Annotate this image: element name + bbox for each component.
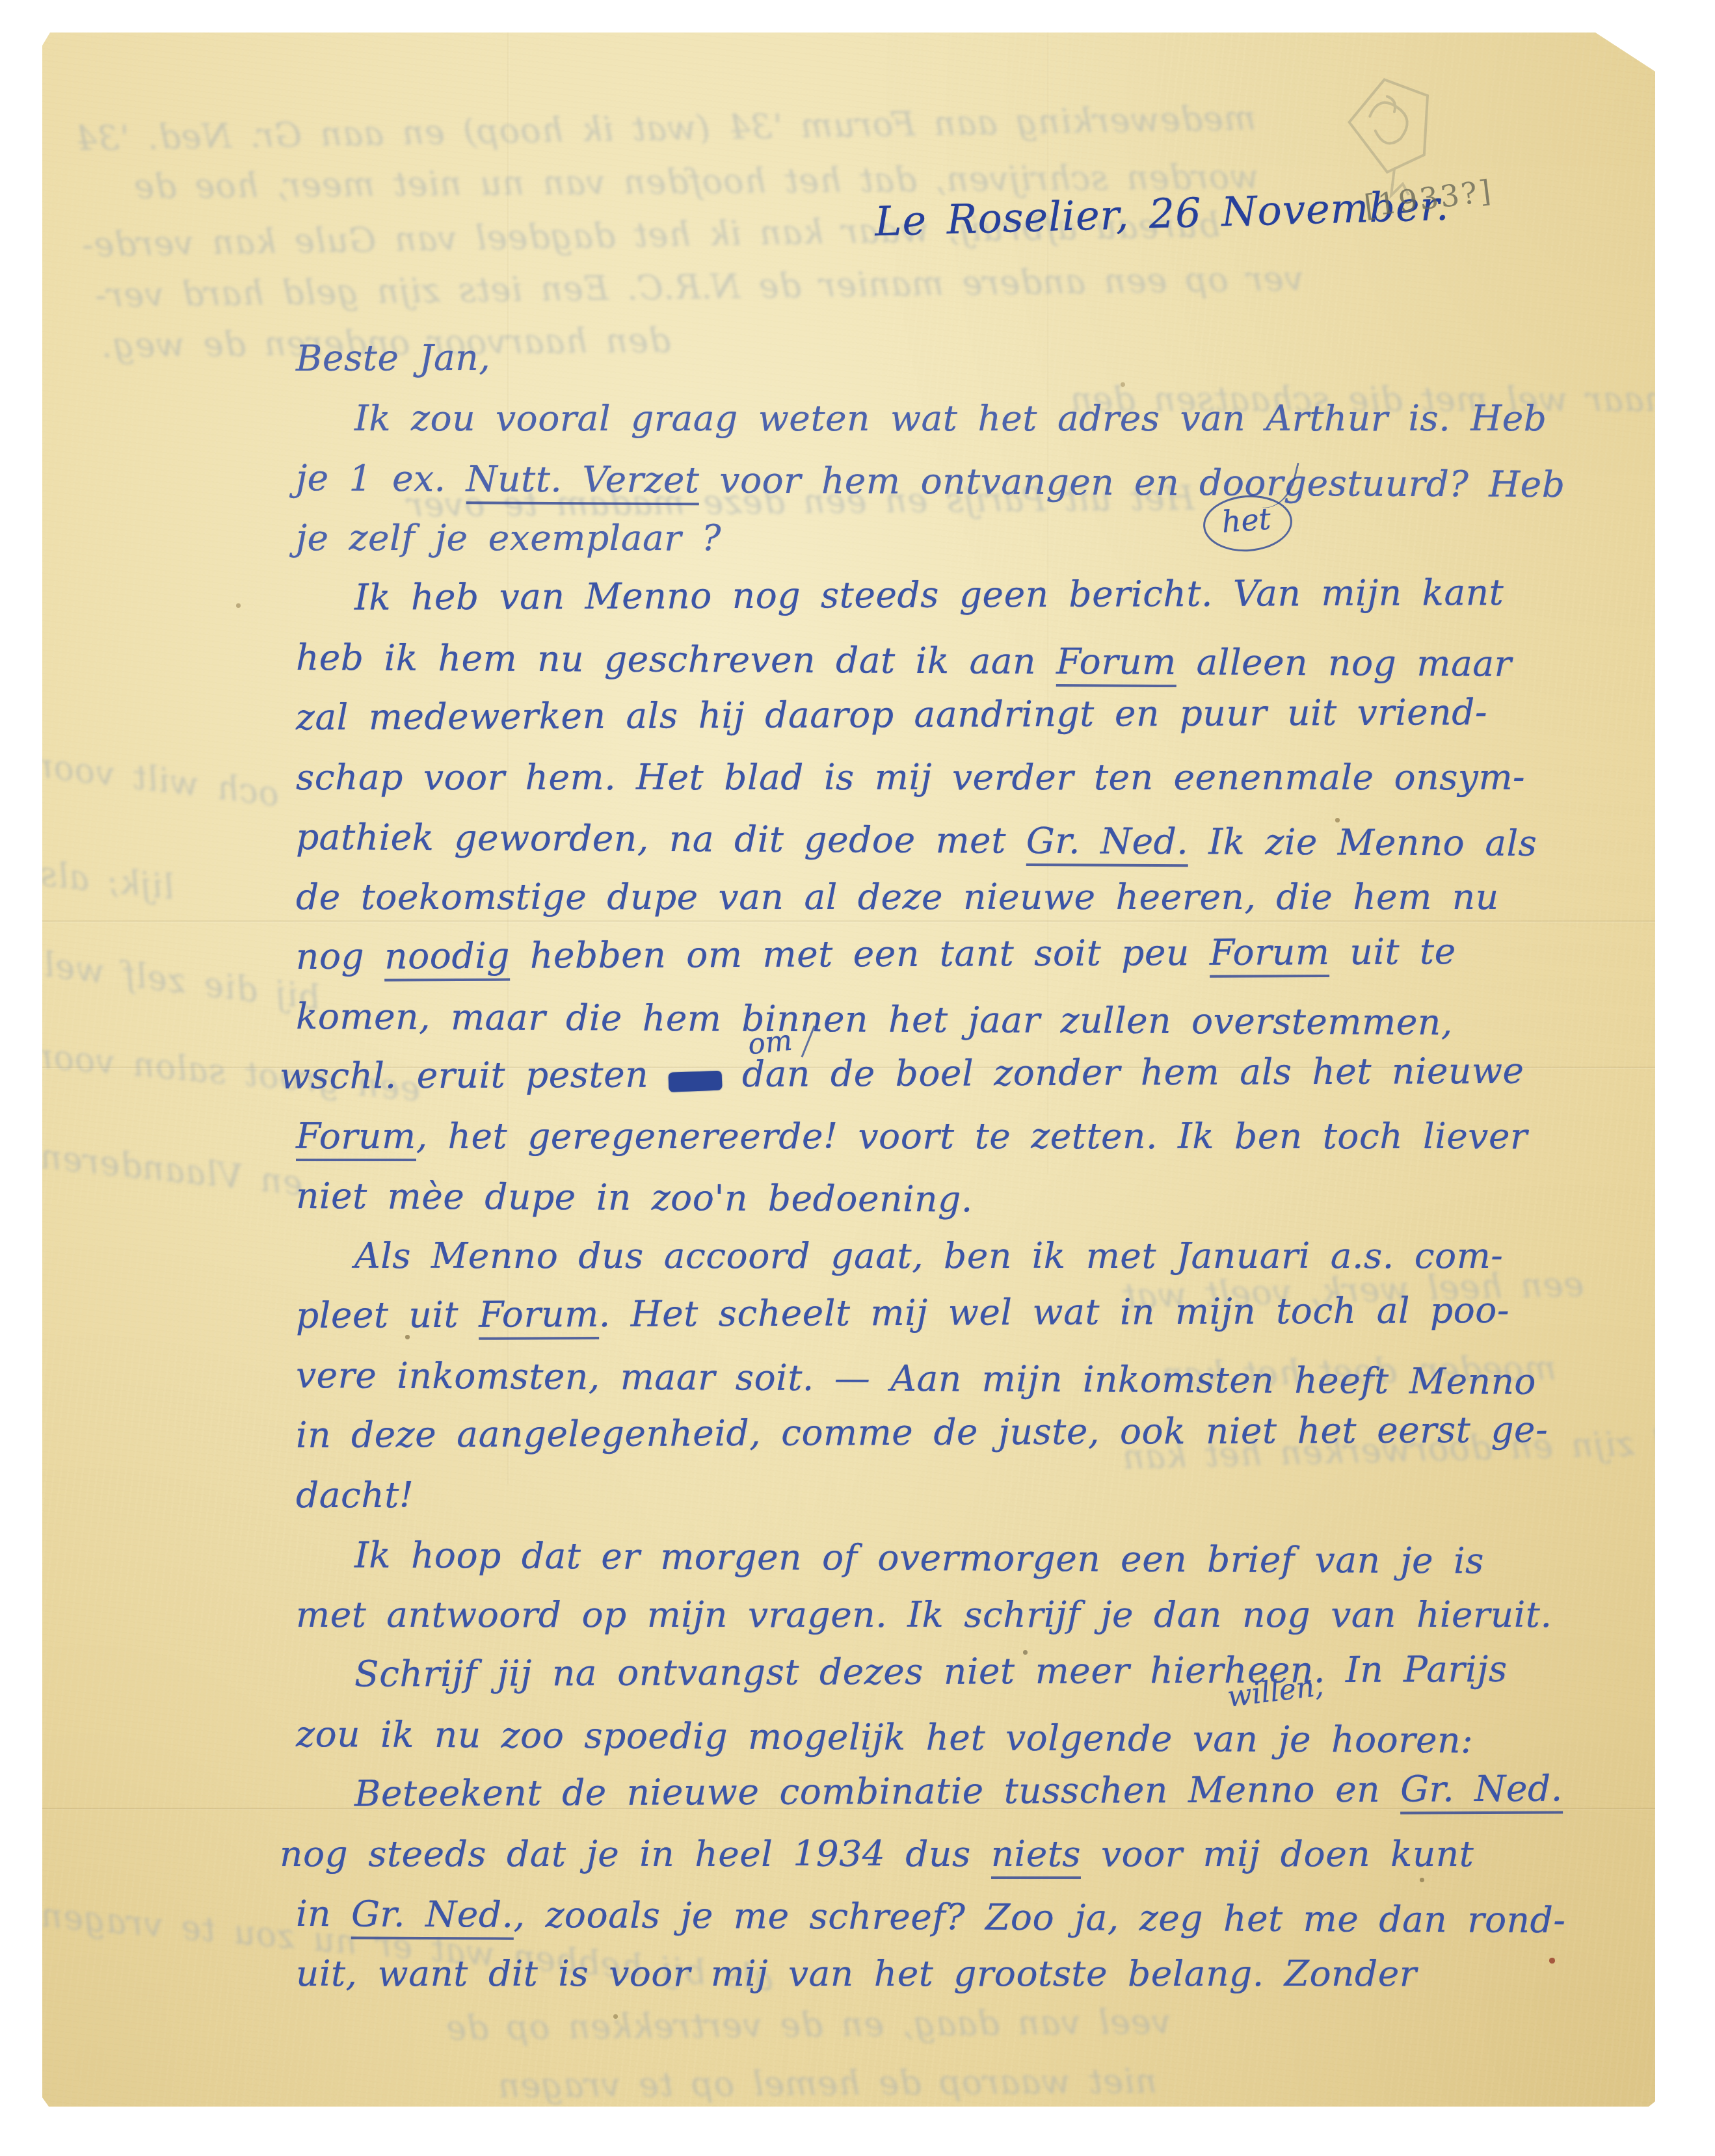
letter-line: wschl. eruit pesten dan de boel zonder h… xyxy=(280,1040,1616,1106)
showthrough-text: ver op een andere manier de N.R.C. Een i… xyxy=(94,259,1304,315)
letter-line: pleet uit Forum. Het scheelt mij wel wat… xyxy=(296,1280,1616,1345)
showthrough-text: lijk; als xyxy=(37,854,176,907)
showthrough-text: veel van daag, en de vertrekken op de xyxy=(445,2003,1171,2048)
letter-line: niet mèe dupe in zoo'n bedoening. xyxy=(296,1166,1616,1233)
letter-line: de toekomstige dupe van al deze nieuwe h… xyxy=(296,867,1616,927)
letter-line: schap voor hem. Het blad is mij verder t… xyxy=(296,747,1616,807)
letter-line: Als Menno dus accoord gaat, ben ik met J… xyxy=(296,1226,1616,1285)
letter-line: Beteekent de nieuwe combinatie tusschen … xyxy=(296,1758,1616,1824)
letter-line: Schrijf jij na ontvangst dezes niet meer… xyxy=(296,1638,1616,1704)
showthrough-text: en Vlaanderen xyxy=(38,1137,305,1203)
letter-line: nog noodig hebben om met een tant soit p… xyxy=(296,921,1616,986)
letter-line: je zelf je exemplaar ? xyxy=(296,508,1616,568)
letter-line: Ik heb van Menno nog steeds geen bericht… xyxy=(296,562,1616,627)
letter-line: nog steeds dat je in heel 1934 dus niets… xyxy=(280,1824,1616,1884)
insertion-om: om xyxy=(747,1024,794,1062)
letter-line: uit, want dit is voor mij van het groots… xyxy=(296,1943,1616,2003)
letter-line: je 1 ex. Nutt. Verzet voor hem ontvangen… xyxy=(296,448,1616,515)
letter-line: in deze aangelegenheid, comme de juste, … xyxy=(296,1399,1616,1465)
letter-line: Ik zou vooral graag weten wat het adres … xyxy=(296,388,1616,448)
showthrough-text: medewerking aan Forum '34 (wat ik hoop) … xyxy=(75,99,1256,159)
letter-line: in Gr. Ned., zooals je me schreef? Zoo j… xyxy=(296,1884,1616,1951)
showthrough-text: och wilt voor xyxy=(34,746,282,814)
insertion-het-text: het xyxy=(1201,492,1294,554)
letter-line: Ik hoop dat er morgen of overmorgen een … xyxy=(296,1525,1616,1592)
letter-line: met antwoord op mijn vragen. Ik schrijf … xyxy=(296,1584,1616,1644)
letter-paper: medewerking aan Forum '34 (wat ik hoop) … xyxy=(42,33,1655,2107)
ink-blot xyxy=(669,1071,723,1092)
letter-line: Forum, het geregenereerde! voort te zett… xyxy=(296,1106,1616,1166)
letter-line: Beste Jan, xyxy=(296,322,1616,388)
letter-line: pathiek geworden, na dit gedoe met Gr. N… xyxy=(296,807,1616,874)
paper-speckles xyxy=(42,33,44,34)
letter-line: dacht! xyxy=(296,1465,1616,1525)
letter-scan: medewerking aan Forum '34 (wat ik hoop) … xyxy=(0,0,1715,2156)
showthrough-text: bij die zelf wel xyxy=(41,945,322,1018)
letter-body: Beste Jan,Ik zou vooral graag weten wat … xyxy=(296,328,1616,2003)
showthrough-text: niet waarop de hemel op te vragen xyxy=(498,2062,1157,2105)
insertion-het: het xyxy=(1203,495,1292,551)
letter-line: zal medewerken als hij daarop aandringt … xyxy=(296,681,1616,747)
